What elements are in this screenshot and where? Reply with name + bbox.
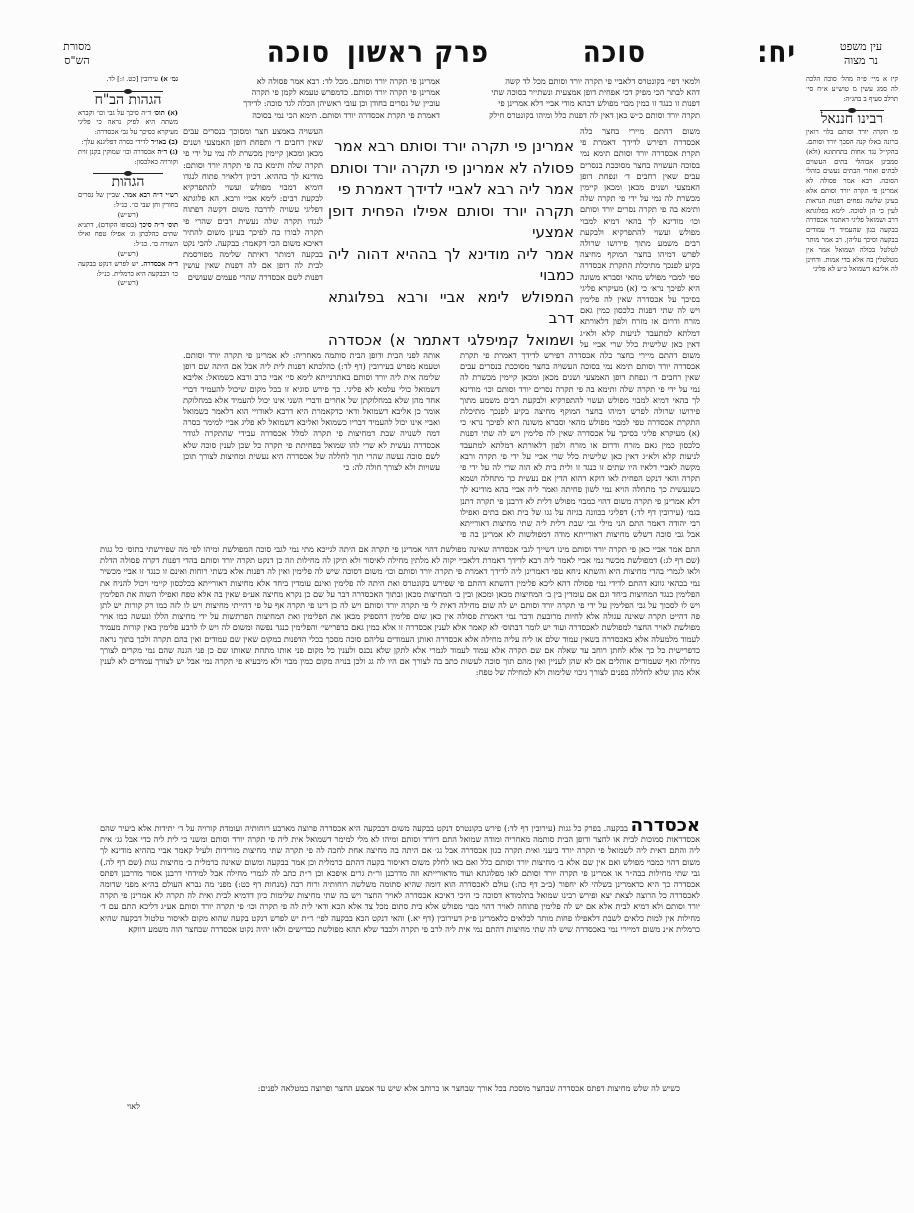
rashi-top-block: אמרינן פי תקרה יורד וסותם. מכל לד: רבא א… <box>183 76 440 124</box>
masoret-heading: מסורת הש"ס <box>42 40 112 68</box>
rabbeinu-chananel-title: רבינו חננאל <box>806 115 898 125</box>
right-margin-column: קיז א מיי׳ פ״ה מהל׳ סוכה הלכה לה סמג עשי… <box>806 75 898 345</box>
hagahot-title: הגהות <box>78 178 178 188</box>
tosafot-full-width: התם אמר אביי כאן פי תקרה יורד וסותם מינו… <box>100 544 700 816</box>
hagahot-habach-item: (ג) ד״ה אכסדרה וכו׳ שמוקין בקנן זוית וקו… <box>78 148 178 168</box>
tosafot-commentary-side: משום דהתם מיירי בחצר כלה אכסדרה דפירש לד… <box>580 126 700 348</box>
rashi-commentary-right: העשויה באמצע חצר ומסוכך בנסרים עבים שאין… <box>183 126 323 348</box>
tractate-name-left: סוכה <box>267 36 330 71</box>
hagahot-item: ד״ה אכסדרה. יש לפרש דנקט בבקעה כו׳ דבבקע… <box>78 260 178 280</box>
ornamental-divider <box>820 110 884 111</box>
tosafot-aksadra-section: אכסדרה בבקעה. בפרק כל גגות (עירובין דף ל… <box>100 820 700 1060</box>
ornamental-divider <box>93 91 163 92</box>
rashi-commentary-left: אותה לפני הבית ודופן הבית סותמה מאחריה: … <box>183 350 440 540</box>
rabbeinu-chananel-text: פי תקרה יורד וסותם בלוי רואין ברונה באלו… <box>806 128 898 275</box>
hagahot-habach-item: (א) תוס׳ ד״ה סיכך על גבי וכו׳ וקברא משתה… <box>78 109 178 138</box>
chapter-name: פרק ראשון <box>347 36 489 71</box>
tosafot-last-line: כשיש לה שלש מחיצות דפתס אכסדרה שבחצר מוס… <box>100 1083 680 1096</box>
hagahot-item: רש״י ד״ה רבא אמר. שביין של נסרים בחורין … <box>78 191 178 211</box>
ein-mishpat-heading: עין משפט נר מצוה <box>826 40 896 68</box>
left-margin-column: גמ׳ א) עירובין [כט. ז:] לד. הגהות הב"ח (… <box>78 75 178 475</box>
ein-mishpat-entry: קיז א מיי׳ פ״ה מהל׳ סוכה הלכה לה סמג עשי… <box>806 75 898 104</box>
hagahot-item: תוס׳ ד״ה סיכך (בסופו הקודם), דתניא שתים … <box>78 221 178 250</box>
hagahot-habach-item: (ב) באו״ד לדידי כסרה דפליגנא עלך: <box>78 138 178 148</box>
ornamental-divider <box>93 173 163 174</box>
tosafot-top-block: ולמאי דפי׳ בקונטרס דלאביי פי תקרה יורד ו… <box>468 76 700 124</box>
catchword: לאוי <box>100 1101 140 1114</box>
page-number: יח: <box>757 36 796 71</box>
tractate-name-right: סוכה <box>583 36 646 71</box>
tosafot-commentary-lower: משום דהתם מיירי בחצר כלה אכסדרה דפירש לד… <box>460 350 700 540</box>
gemara-main-text: אמרינן פי תקרה יורד וסותם רבא אמר פסולה … <box>328 136 574 348</box>
page-header: עין משפט נר מצוה יח: סוכה פרק ראשון סוכה… <box>0 38 914 66</box>
hagahot-habach-title: הגהות הב"ח <box>78 96 178 106</box>
masoret-entry: גמ׳ א) עירובין [כט. ז:] לד. <box>78 75 178 85</box>
